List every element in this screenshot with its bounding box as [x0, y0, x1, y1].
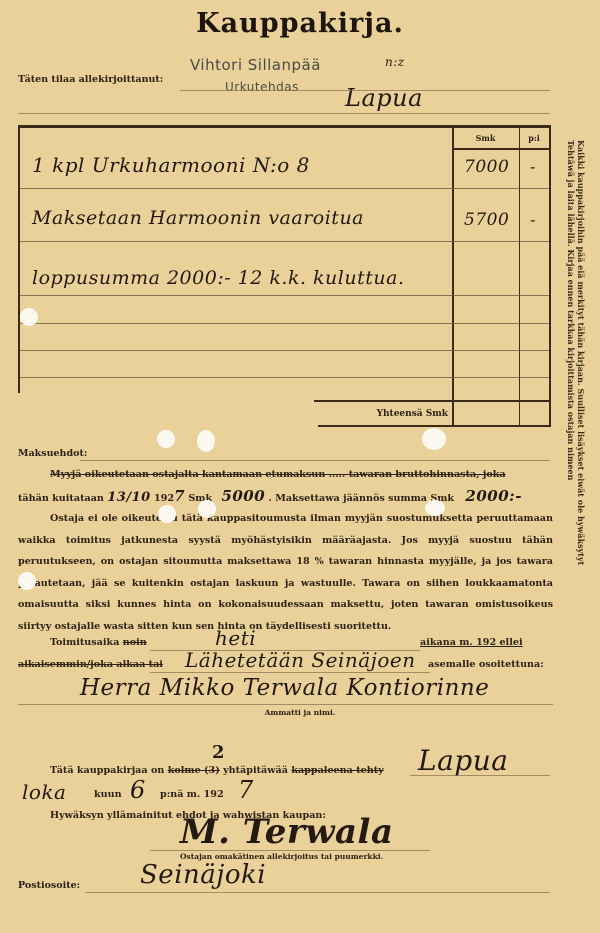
payment-year-suffix: 7	[174, 487, 185, 505]
closing-struck-2: kappaleena tehty	[291, 765, 383, 776]
punch-hole	[197, 430, 215, 452]
closing-year-suffix: 7	[238, 776, 254, 804]
recipient-line	[18, 704, 553, 705]
row-3-description: loppusumma 2000:- 12 k.k. kuluttua.	[32, 261, 562, 295]
row-line	[20, 241, 549, 242]
column-header-smk: Smk	[452, 133, 519, 143]
payment-year-prefix: 192	[154, 493, 174, 504]
dispatch-line	[150, 672, 430, 673]
punch-hole	[20, 308, 38, 326]
stamp-annotation: n:z	[385, 55, 405, 69]
punch-hole	[422, 428, 446, 450]
payment-prefix: tähän kuitataan	[18, 493, 104, 504]
stamp-company: Urkutehdas	[225, 80, 299, 94]
buyer-signature: M. Terwala	[180, 812, 394, 852]
recipient-value: Herra Mikko Terwala Kontiorinne	[80, 675, 489, 701]
payment-line-2: tähän kuitataan 13/10 1927 Smk 5000 . Ma…	[18, 486, 522, 510]
closing-day-suffix: p:nä m. 192	[160, 784, 224, 806]
payment-date: 13/10	[107, 490, 150, 505]
orderer-label: Täten tilaa allekirjoittanut:	[18, 74, 163, 85]
row-line	[20, 188, 549, 189]
closing-struck-1: kolme (3)	[168, 765, 220, 776]
payment-paragraph: Ostaja ei ole oikeutettu tätä kauppasito…	[18, 508, 553, 637]
side-note-line-1: Kaikki kauppakirjoihin pää eiä merkityt …	[576, 140, 586, 565]
row-2-smk: 5700	[464, 210, 509, 230]
dispatch-value: Lähetetään Seinäjoen	[185, 648, 416, 672]
row-2-pi: -	[530, 210, 536, 229]
closing-mid: yhtäpitäwää	[223, 765, 288, 776]
closing-line-1: Tätä kauppakirjaa on kolme (3) yhtäpitäw…	[50, 760, 384, 782]
table-left-border	[18, 128, 20, 393]
punch-hole	[18, 572, 36, 590]
delivery-time-label: Toimitusaika noin	[50, 632, 147, 654]
total-top-line	[314, 400, 549, 402]
delivery-time-value: heti	[215, 626, 256, 650]
closing-month: loka	[22, 780, 66, 804]
delivery-time-struck: noin	[123, 637, 147, 648]
side-note-line-2: Tehtäwä ja laita lähellä. Kirjaa ennen t…	[566, 140, 576, 480]
punch-hole	[158, 505, 176, 523]
postal-line	[85, 892, 550, 893]
payment-struck-line: Myyjä oikeutetaan ostajalta kantamaan et…	[50, 464, 550, 486]
punch-hole	[198, 500, 216, 518]
punch-hole	[157, 430, 175, 448]
delivery-time-text: Toimitusaika	[50, 637, 119, 648]
recipient-caption: Ammatti ja nimi.	[0, 708, 600, 717]
dispatch-suffix: asemalle osoitettuna:	[428, 654, 544, 676]
total-label: Yhteensä Smk	[328, 409, 448, 419]
postal-label: Postiosoite:	[18, 880, 80, 891]
payment-line	[80, 460, 550, 461]
closing-prefix: Tätä kauppakirjaa on	[50, 765, 164, 776]
column-header-pi: p:i	[519, 133, 549, 143]
row-line	[20, 377, 549, 378]
punch-hole	[425, 500, 445, 516]
header-underline	[452, 148, 549, 150]
orderer-line-1	[180, 90, 550, 91]
document-title: Kauppakirja.	[0, 8, 600, 39]
row-1-description: 1 kpl Urkuharmooni N:o 8	[32, 153, 310, 177]
row-2-description: Maksetaan Harmoonin vaaroitua	[32, 207, 364, 229]
closing-place-line	[410, 775, 550, 776]
total-bottom-line	[318, 425, 551, 427]
payment-amount: 5000	[221, 487, 265, 505]
handwritten-place: Lapua	[345, 84, 423, 112]
row-line	[20, 350, 549, 351]
payment-label: Maksuehdot:	[18, 448, 87, 459]
postal-value: Seinäjoki	[140, 860, 266, 890]
delivery-time-suffix: aikana m. 192 ellei	[420, 632, 523, 654]
payment-balance: 2000:-	[465, 487, 522, 505]
orderer-line-2	[18, 113, 550, 114]
signature-line	[150, 850, 430, 851]
row-1-smk: 7000	[464, 157, 509, 177]
row-1-pi: -	[530, 157, 536, 176]
closing-month-suffix: kuun	[94, 784, 122, 806]
items-table: Smk p:i 1 kpl Urkuharmooni N:o 8 7000 - …	[18, 125, 551, 428]
row-line	[20, 295, 549, 296]
delivery-struck-label: aikaisemmin/joka alkaa tai	[18, 654, 163, 676]
row-line	[20, 323, 549, 324]
stamp-name: Vihtori Sillanpää	[190, 56, 321, 74]
closing-day: 6	[130, 776, 146, 804]
side-note: Kaikki kauppakirjoihin pää eiä merkityt …	[566, 140, 586, 580]
closing-place: Lapua	[418, 744, 508, 777]
